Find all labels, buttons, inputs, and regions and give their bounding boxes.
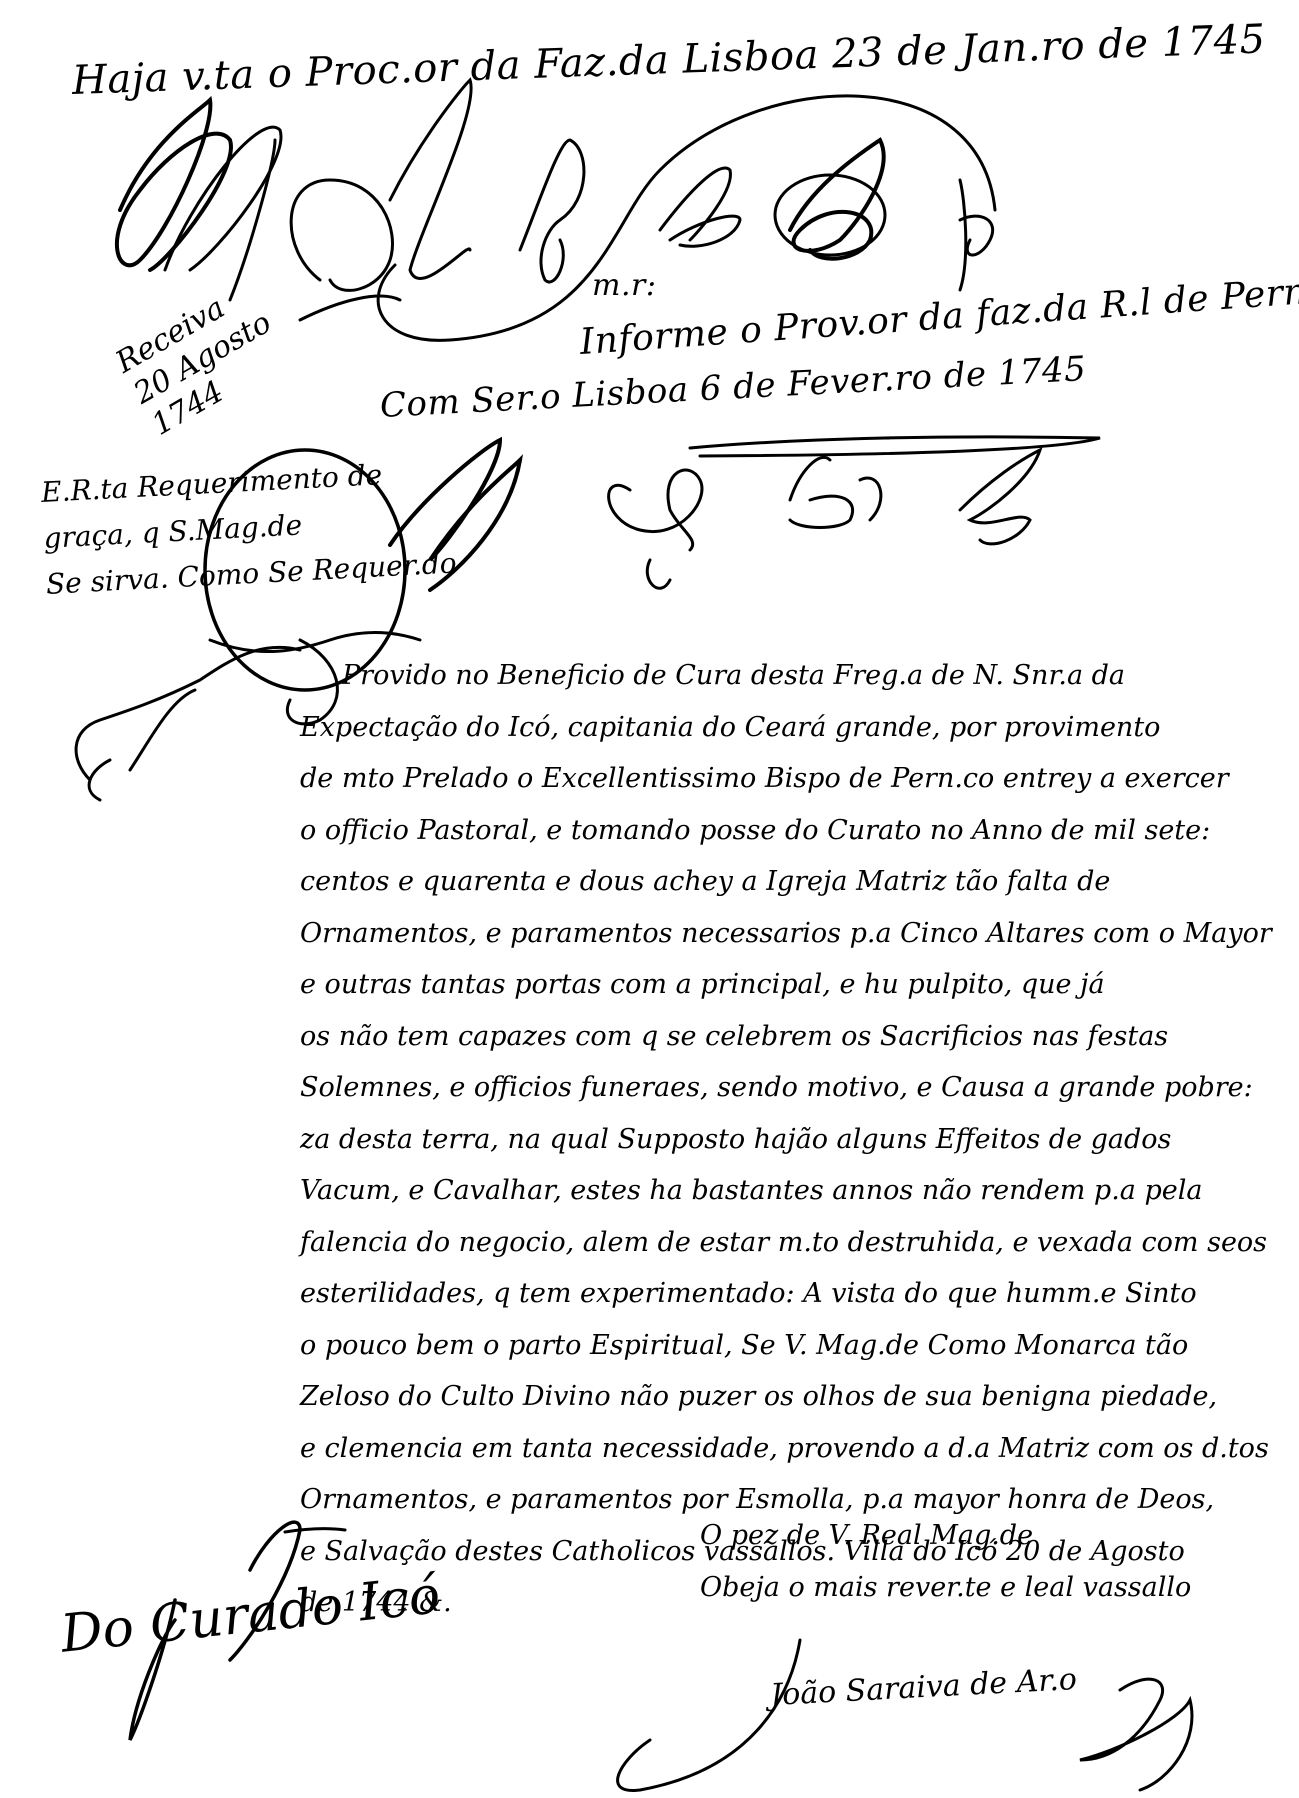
body-line: Zeloso do Culto Divino não puzer os olho…	[300, 1371, 1260, 1423]
signature-left: Do Curado Icó	[58, 1565, 443, 1664]
initial-m-scribble	[117, 100, 231, 270]
body-line: falencia do negocio, alem de estar m.to …	[300, 1217, 1260, 1269]
initial-a-flourish	[291, 80, 471, 320]
initial-ng-flourish	[960, 180, 993, 290]
initial-m-circled	[790, 140, 884, 259]
side-note: E.R.ta Requerimento de graça, q S.Mag.de…	[40, 448, 458, 607]
body-line: o pouco bem o parto Espiritual, Se V. Ma…	[300, 1320, 1260, 1372]
mr-note: m.r:	[592, 268, 656, 303]
despacho-initial-ag	[790, 457, 881, 527]
manuscript-page: Haja v.ta o Proc.or da Faz.da Lisboa 23 …	[0, 0, 1299, 1798]
despacho-line-2: Com Ser.o Lisboa 6 de Fever.ro de 1745	[379, 349, 1087, 426]
body-line: os não tem capazes com q se celebrem os …	[300, 1011, 1260, 1063]
body-line: o officio Pastoral, e tomando posse do C…	[300, 805, 1260, 857]
closing-line: Obeja o mais rever.te e leal vassallo	[700, 1562, 1191, 1614]
body-line: Provido no Beneficio de Cura desta Freg.…	[300, 650, 1260, 702]
letter-body: Provido no Beneficio de Cura desta Freg.…	[300, 650, 1260, 1629]
body-line: Solemnes, e officios funeraes, sendo mot…	[300, 1062, 1260, 1114]
left-margin-flourish	[76, 647, 300, 800]
body-line: e outras tantas portas com a principal, …	[300, 959, 1260, 1011]
despacho-line-1: Informe o Prov.or da faz.da R.l de Perna…	[579, 263, 1299, 363]
despacho-initial-a	[609, 470, 702, 588]
margin-note: Receiva 20 Agosto 1744	[110, 274, 296, 444]
body-line: e clemencia em tanta necessidade, proven…	[300, 1423, 1260, 1475]
body-line: esterilidades, q tem experimentado: A vi…	[300, 1268, 1260, 1320]
closing-formula: O pez de V. Real Mag.de Obeja o mais rev…	[700, 1510, 1191, 1614]
body-line: centos e quarenta e dous achey a Igreja …	[300, 856, 1260, 908]
initial-ag-flourish	[660, 168, 740, 246]
body-line: Expectação do Icó, capitania do Ceará gr…	[300, 702, 1260, 754]
body-line: Vacum, e Cavalhar, estes ha bastantes an…	[300, 1165, 1260, 1217]
body-line: de mto Prelado o Excellentissimo Bispo d…	[300, 753, 1260, 805]
body-line: Ornamentos, e paramentos necessarios p.a…	[300, 908, 1260, 960]
body-line: za desta terra, na qual Supposto hajão a…	[300, 1114, 1260, 1166]
despacho-initial-m	[960, 450, 1040, 544]
signature-right: João Saraiva de Ar.o	[769, 1662, 1077, 1713]
initial-r-flourish	[520, 140, 584, 282]
despacho-underline	[690, 437, 1100, 456]
header-note: Haja v.ta o Proc.or da Faz.da Lisboa 23 …	[71, 16, 1266, 104]
closing-line: O pez de V. Real Mag.de	[700, 1510, 1191, 1562]
right-signature-flourish	[618, 1640, 1192, 1790]
